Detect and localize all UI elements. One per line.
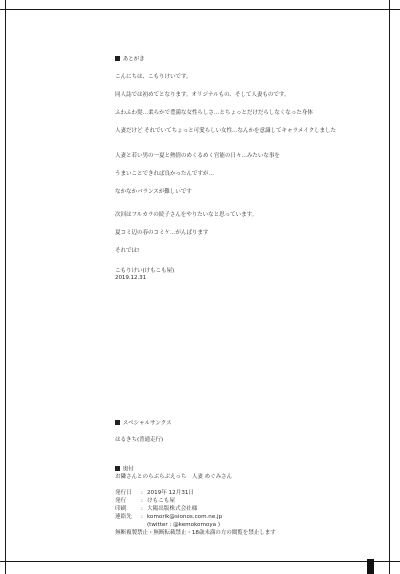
colophon-value: 2019年 12月31日 (147, 490, 194, 496)
colophon-key: 発行日 (115, 490, 141, 497)
colophon-row-twitter: (twitter : @kemokomoya ) (115, 522, 220, 529)
document-page: あとがき こんにちは、こもりけいです。 同人誌では初めてとなります。オリジナルも… (0, 0, 400, 574)
afterword-line: 人妻と若い男の一夏と熱情のめくるめく官能の日々…みたいな事を (115, 153, 280, 160)
colophon-title: お隣さんとのらぶらぶえっち 人妻 めぐみさん (115, 474, 232, 481)
colophon-key: 印刷 (115, 506, 141, 513)
colophon-row-printer: 印刷:大陽出版株式会社様 (115, 506, 197, 513)
crop-mark-right (389, 0, 390, 574)
crop-mark-top (0, 9, 400, 10)
afterword-line: 夏コミ辺の春のコミケ…がんばります (115, 230, 208, 237)
colophon-key: 発行 (115, 498, 141, 505)
afterword-line: それでは! (115, 248, 139, 255)
colophon-row-publisher: 発行:けもこも屋 (115, 498, 175, 505)
afterword-line: こんにちは、こもりけいです。 (115, 74, 191, 81)
colophon-email: komorik@sionos.com.ne.jp (147, 514, 222, 520)
afterword-signature: こもりけい(けもこも屋) (115, 268, 174, 275)
afterword-line: 次回はフルカラの続子さんをやりたいなと思っています。 (115, 212, 257, 219)
special-thanks-name: はるきち(普通走行) (115, 437, 163, 444)
colophon-row-contact: 連絡先:komorik@sionos.com.ne.jp (115, 514, 222, 521)
bleed-mark (367, 559, 374, 574)
colophon-notice: 無断複製禁止・無断転載禁止・18歳未満の方の閲覧を禁止します (115, 530, 276, 537)
colophon-heading: 奥付 (115, 466, 134, 474)
afterword-line: 同人誌では初めてとなります。オリジナルもの、そして人妻ものです。 (115, 92, 289, 99)
colophon-value: けもこも屋 (147, 498, 175, 504)
special-thanks-heading: スペシャルサンクス (115, 420, 172, 428)
afterword-line: なかなかバランスが難しいです (115, 189, 192, 196)
crop-mark-left (5, 0, 6, 574)
afterword-line: 人妻だけど それでいてちょっと可愛らしい女性…なんかを意識してキャラメイクしまし… (115, 128, 336, 135)
special-thanks-heading-label: スペシャルサンクス (123, 421, 172, 427)
colophon-key: 連絡先 (115, 514, 141, 521)
colophon-row-issue-date: 発行日:2019年 12月31日 (115, 490, 194, 497)
colophon-value: 大陽出版株式会社様 (147, 506, 197, 512)
afterword-heading: あとがき (115, 56, 145, 64)
colophon-heading-label: 奥付 (123, 467, 134, 473)
crop-mark-bottom (0, 561, 400, 562)
afterword-heading-label: あとがき (123, 57, 145, 63)
afterword-date: 2019.12.31 (115, 275, 146, 282)
colophon-twitter: (twitter : @kemokomoya ) (147, 522, 220, 528)
afterword-line: うまいことできれば良かったんですが… (115, 171, 214, 178)
afterword-line: ふわふわ髪…柔らかで豊満な女性らしさ…とちょっとだけだらしなくなった身体 (115, 110, 313, 117)
